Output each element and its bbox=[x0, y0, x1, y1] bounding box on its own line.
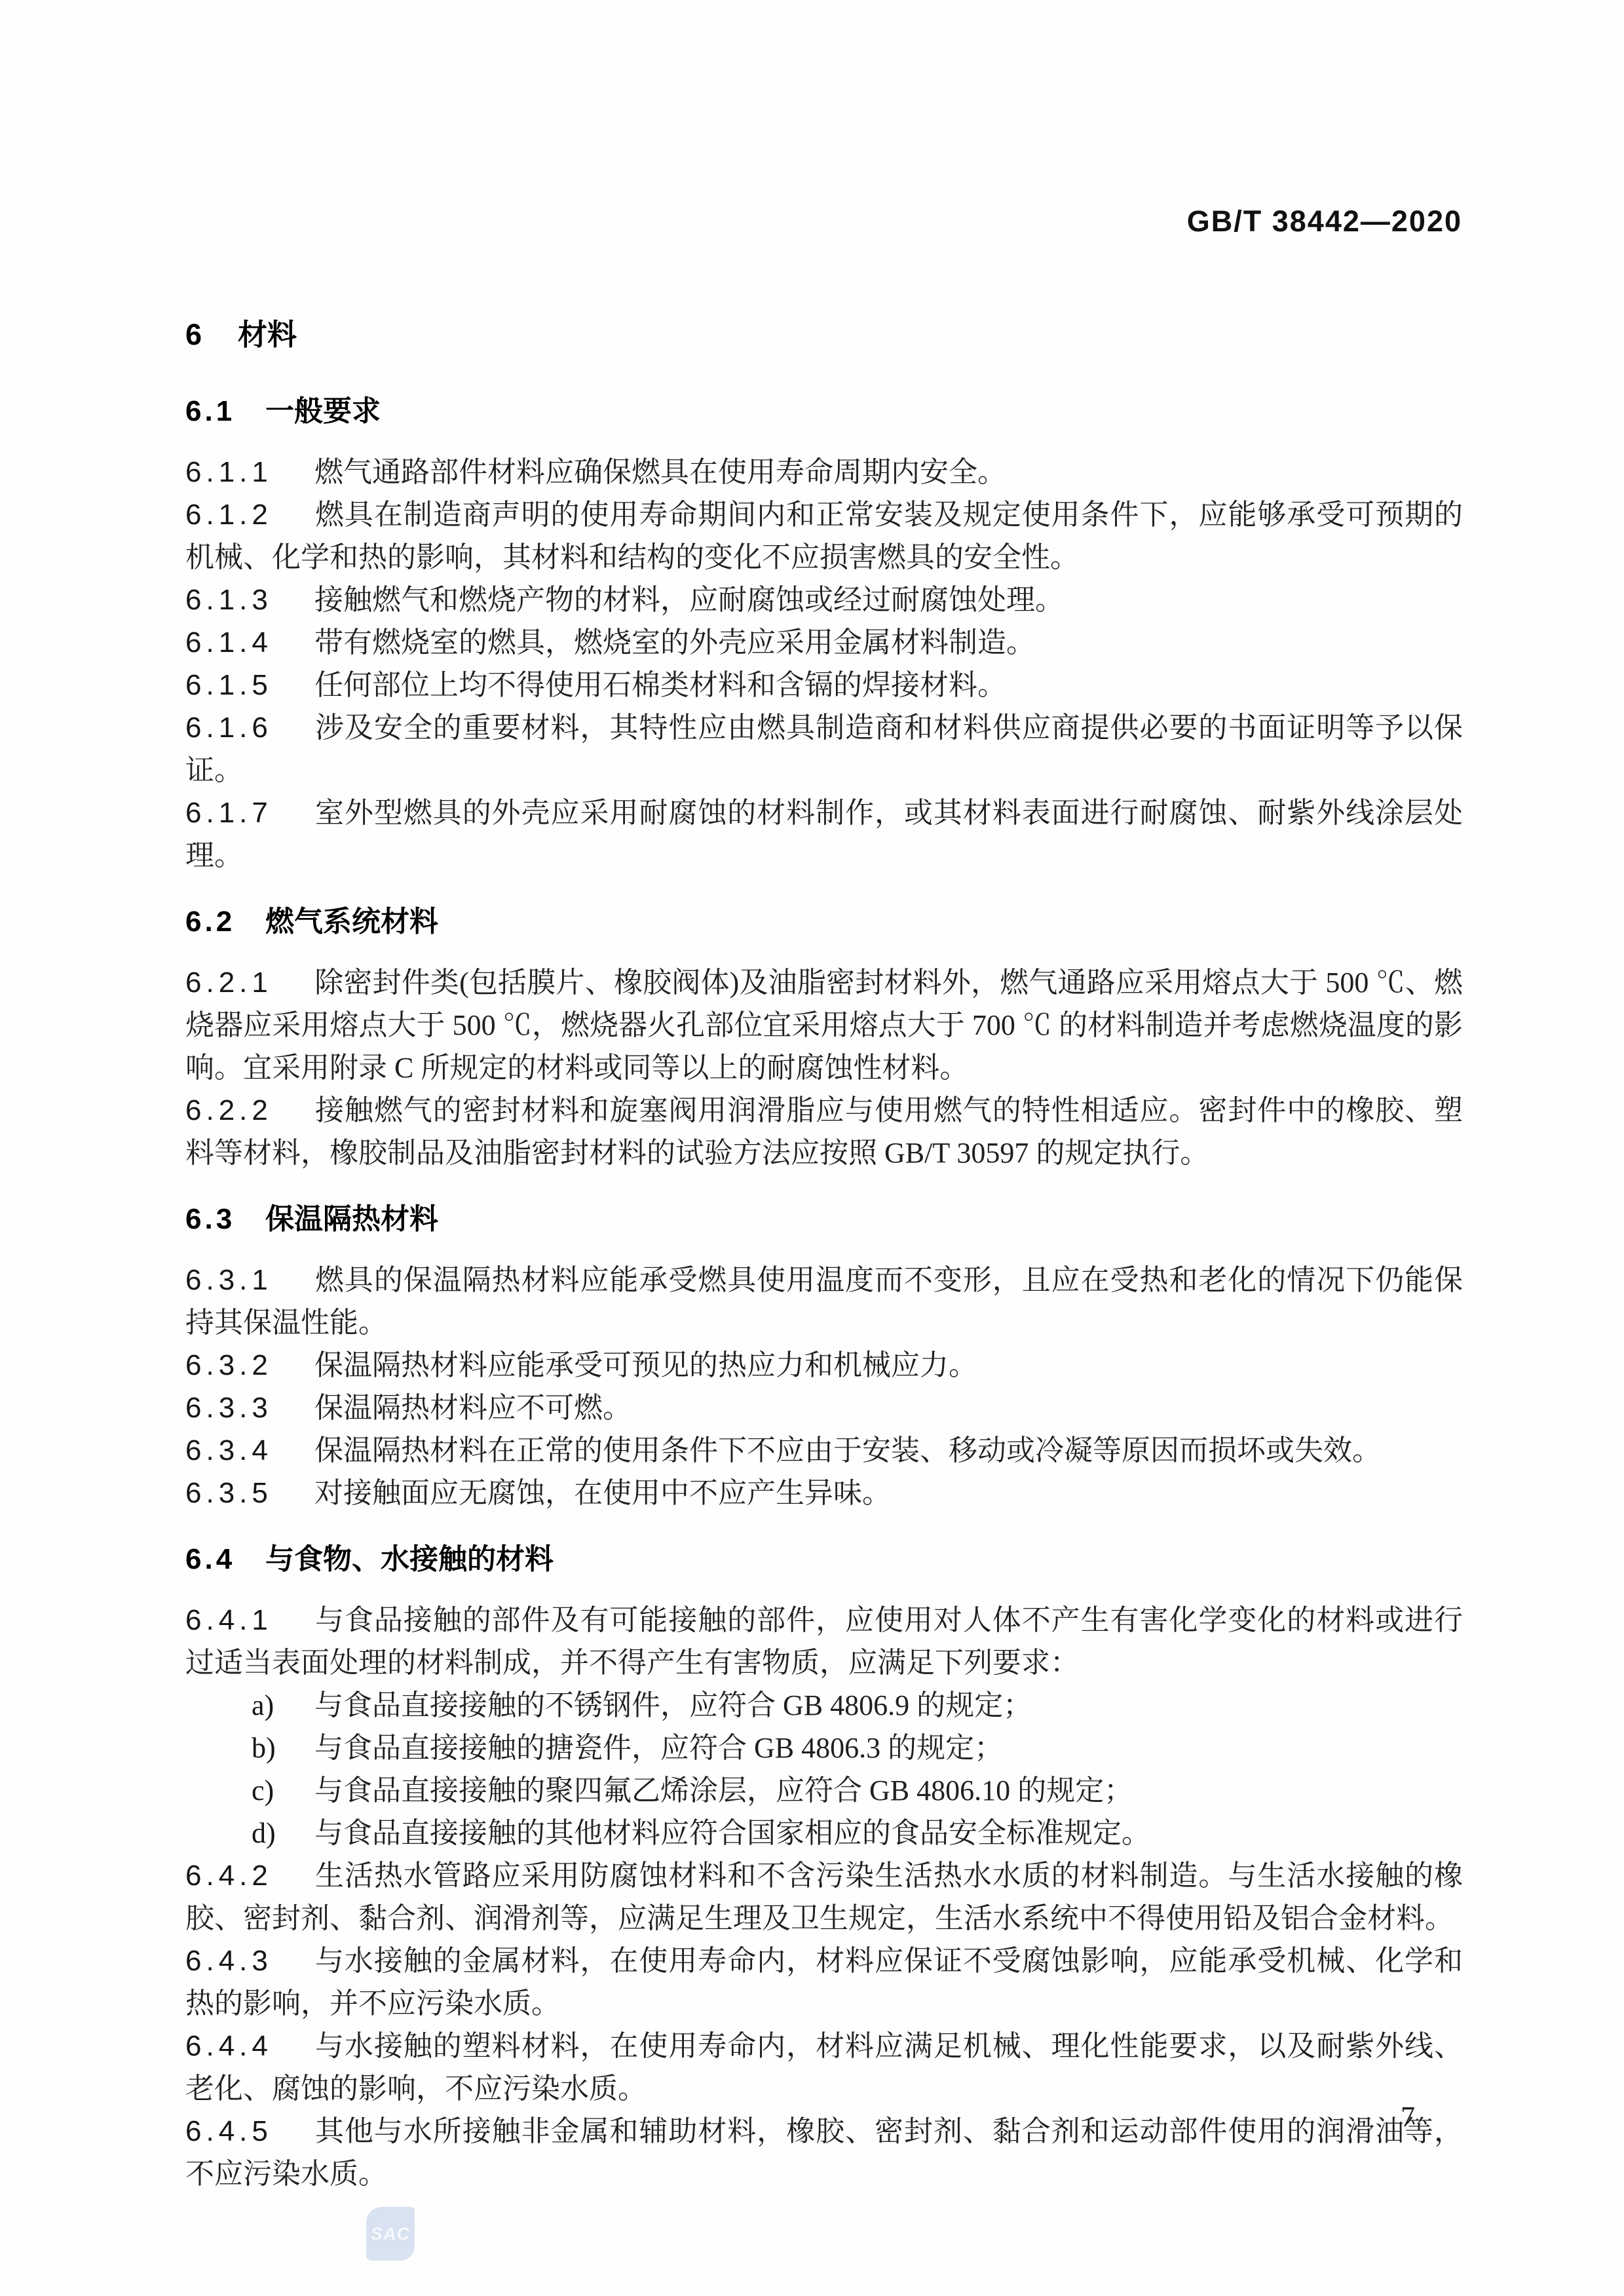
clause-number: 6.1.4 bbox=[185, 621, 314, 664]
clause-6-3-5: 6.3.5对接触面应无腐蚀，在使用中不应产生异味。 bbox=[185, 1472, 1463, 1514]
clause-text: 接触燃气和燃烧产物的材料，应耐腐蚀或经过耐腐蚀处理。 bbox=[314, 584, 1064, 616]
clause-number: 6.1.5 bbox=[185, 664, 314, 706]
clause-number: 6.4.4 bbox=[185, 2025, 314, 2067]
clause-text: 与水接触的金属材料，在使用寿命内，材料应保证不受腐蚀影响，应能承受机械、化学和热… bbox=[185, 1945, 1463, 2019]
clause-number: 6.2.2 bbox=[185, 1089, 314, 1132]
chapter-heading: 6材料 bbox=[185, 313, 1463, 356]
list-item-b: b)与食品直接接触的搪瓷件，应符合 GB 4806.3 的规定； bbox=[185, 1727, 1463, 1769]
clause-text: 生活热水管路应采用防腐蚀材料和不含污染生活热水水质的材料制造。与生活水接触的橡胶… bbox=[185, 1860, 1463, 1934]
clause-6-3-4: 6.3.4保温隔热材料在正常的使用条件下不应由于安装、移动或冷凝等原因而损坏或失… bbox=[185, 1429, 1463, 1472]
clause-6-1-5: 6.1.5任何部位上均不得使用石棉类材料和含镉的焊接材料。 bbox=[185, 664, 1463, 706]
clause-text: 燃具的保温隔热材料应能承受燃具使用温度而不变形，且应在受热和老化的情况下仍能保持… bbox=[185, 1264, 1463, 1339]
clause-number: 6.4.1 bbox=[185, 1599, 314, 1641]
clause-number: 6.1.1 bbox=[185, 451, 314, 493]
list-text: 与食品直接接触的搪瓷件，应符合 GB 4806.3 的规定； bbox=[314, 1732, 1003, 1764]
section-title: 保温隔热材料 bbox=[265, 1203, 438, 1235]
list-text: 与食品直接接触的其他材料应符合国家相应的食品安全标准规定。 bbox=[314, 1817, 1150, 1849]
clause-6-4-2: 6.4.2生活热水管路应采用防腐蚀材料和不含污染生活热水水质的材料制造。与生活水… bbox=[185, 1854, 1463, 1940]
clause-number: 6.1.2 bbox=[185, 493, 314, 536]
clause-6-3-1: 6.3.1燃具的保温隔热材料应能承受燃具使用温度而不变形，且应在受热和老化的情况… bbox=[185, 1259, 1463, 1344]
section-heading-6-2: 6.2燃气系统材料 bbox=[185, 900, 1463, 943]
clause-number: 6.1.3 bbox=[185, 579, 314, 621]
section-heading-6-1: 6.1一般要求 bbox=[185, 390, 1463, 432]
clause-6-2-1: 6.2.1除密封件类(包括膜片、橡胶阀体)及油脂密封材料外，燃气通路应采用熔点大… bbox=[185, 961, 1463, 1089]
clause-6-1-1: 6.1.1燃气通路部件材料应确保燃具在使用寿命周期内安全。 bbox=[185, 451, 1463, 493]
clause-text: 任何部位上均不得使用石棉类材料和含镉的焊接材料。 bbox=[314, 669, 1006, 701]
clause-number: 6.1.7 bbox=[185, 792, 314, 834]
clause-text: 接触燃气的密封材料和旋塞阀用润滑脂应与使用燃气的特性相适应。密封件中的橡胶、塑料… bbox=[185, 1094, 1463, 1169]
section-number: 6.2 bbox=[185, 900, 265, 943]
clause-6-4-3: 6.4.3与水接触的金属材料，在使用寿命内，材料应保证不受腐蚀影响，应能承受机械… bbox=[185, 1940, 1463, 2025]
clause-6-1-3: 6.1.3接触燃气和燃烧产物的材料，应耐腐蚀或经过耐腐蚀处理。 bbox=[185, 579, 1463, 621]
page-body: 6材料 6.1一般要求 6.1.1燃气通路部件材料应确保燃具在使用寿命周期内安全… bbox=[185, 313, 1463, 2195]
clause-text: 除密封件类(包括膜片、橡胶阀体)及油脂密封材料外，燃气通路应采用熔点大于 500… bbox=[185, 966, 1463, 1084]
clause-number: 6.4.2 bbox=[185, 1854, 314, 1897]
sac-logo-text: SAC bbox=[371, 2224, 410, 2244]
clause-6-1-6: 6.1.6涉及安全的重要材料，其特性应由燃具制造商和材料供应商提供必要的书面证明… bbox=[185, 706, 1463, 792]
section-number: 6.3 bbox=[185, 1198, 265, 1240]
clause-text: 燃具在制造商声明的使用寿命期间内和正常安装及规定使用条件下，应能够承受可预期的机… bbox=[185, 499, 1463, 573]
section-heading-6-3: 6.3保温隔热材料 bbox=[185, 1198, 1463, 1240]
clause-text: 保温隔热材料在正常的使用条件下不应由于安装、移动或冷凝等原因而损坏或失效。 bbox=[314, 1434, 1381, 1466]
clause-text: 与食品接触的部件及有可能接触的部件，应使用对人体不产生有害化学变化的材料或进行过… bbox=[185, 1604, 1463, 1679]
standard-code-header: GB/T 38442—2020 bbox=[1187, 204, 1462, 239]
section-title: 与食物、水接触的材料 bbox=[265, 1543, 554, 1575]
section-number: 6.1 bbox=[185, 390, 265, 432]
clause-6-1-4: 6.1.4带有燃烧室的燃具，燃烧室的外壳应采用金属材料制造。 bbox=[185, 621, 1463, 664]
document-page: GB/T 38442—2020 6材料 6.1一般要求 6.1.1燃气通路部件材… bbox=[0, 0, 1624, 2296]
clause-text: 室外型燃具的外壳应采用耐腐蚀的材料制作，或其材料表面进行耐腐蚀、耐紫外线涂层处理… bbox=[185, 797, 1463, 871]
section-number: 6.4 bbox=[185, 1538, 265, 1580]
list-item-c: c)与食品直接接触的聚四氟乙烯涂层，应符合 GB 4806.10 的规定； bbox=[185, 1769, 1463, 1812]
clause-number: 6.2.1 bbox=[185, 961, 314, 1004]
list-item-d: d)与食品直接接触的其他材料应符合国家相应的食品安全标准规定。 bbox=[185, 1812, 1463, 1854]
clause-text: 其他与水所接触非金属和辅助材料，橡胶、密封剂、黏合剂和运动部件使用的润滑油等，不… bbox=[185, 2115, 1463, 2190]
section-heading-6-4: 6.4与食物、水接触的材料 bbox=[185, 1538, 1463, 1580]
clause-number: 6.3.3 bbox=[185, 1387, 314, 1429]
clause-number: 6.4.5 bbox=[185, 2110, 314, 2152]
clause-text: 带有燃烧室的燃具，燃烧室的外壳应采用金属材料制造。 bbox=[314, 626, 1035, 659]
clause-text: 与水接触的塑料材料，在使用寿命内，材料应满足机械、理化性能要求，以及耐紫外线、老… bbox=[185, 2030, 1463, 2105]
clause-number: 6.3.4 bbox=[185, 1429, 314, 1472]
section-title: 燃气系统材料 bbox=[265, 906, 438, 938]
clause-number: 6.3.2 bbox=[185, 1344, 314, 1387]
list-marker: a) bbox=[252, 1684, 314, 1727]
list-marker: c) bbox=[252, 1769, 314, 1812]
clause-6-1-2: 6.1.2燃具在制造商声明的使用寿命期间内和正常安装及规定使用条件下，应能够承受… bbox=[185, 493, 1463, 579]
clause-text: 燃气通路部件材料应确保燃具在使用寿命周期内安全。 bbox=[314, 456, 1006, 488]
list-marker: d) bbox=[252, 1812, 314, 1854]
clause-6-4-1: 6.4.1与食品接触的部件及有可能接触的部件，应使用对人体不产生有害化学变化的材… bbox=[185, 1599, 1463, 1684]
clause-6-3-2: 6.3.2保温隔热材料应能承受可预见的热应力和机械应力。 bbox=[185, 1344, 1463, 1387]
clause-number: 6.1.6 bbox=[185, 706, 314, 749]
clause-number: 6.3.1 bbox=[185, 1259, 314, 1301]
clause-6-1-7: 6.1.7室外型燃具的外壳应采用耐腐蚀的材料制作，或其材料表面进行耐腐蚀、耐紫外… bbox=[185, 792, 1463, 877]
chapter-number: 6 bbox=[185, 313, 238, 356]
list-text: 与食品直接接触的聚四氟乙烯涂层，应符合 GB 4806.10 的规定； bbox=[314, 1774, 1133, 1807]
sac-logo-watermark-icon: SAC bbox=[366, 2207, 415, 2261]
clause-text: 保温隔热材料应能承受可预见的热应力和机械应力。 bbox=[314, 1349, 977, 1381]
clause-6-4-5: 6.4.5其他与水所接触非金属和辅助材料，橡胶、密封剂、黏合剂和运动部件使用的润… bbox=[185, 2110, 1463, 2195]
chapter-title: 材料 bbox=[238, 318, 297, 351]
list-marker: b) bbox=[252, 1727, 314, 1769]
clause-6-3-3: 6.3.3保温隔热材料应不可燃。 bbox=[185, 1387, 1463, 1429]
page-number: 7 bbox=[1401, 2100, 1415, 2133]
clause-6-2-2: 6.2.2接触燃气的密封材料和旋塞阀用润滑脂应与使用燃气的特性相适应。密封件中的… bbox=[185, 1089, 1463, 1174]
clause-text: 对接触面应无腐蚀，在使用中不应产生异味。 bbox=[314, 1477, 891, 1509]
clause-number: 6.4.3 bbox=[185, 1940, 314, 1982]
clause-6-4-4: 6.4.4与水接触的塑料材料，在使用寿命内，材料应满足机械、理化性能要求，以及耐… bbox=[185, 2025, 1463, 2110]
list-text: 与食品直接接触的不锈钢件，应符合 GB 4806.9 的规定； bbox=[314, 1689, 1032, 1721]
clause-text: 涉及安全的重要材料，其特性应由燃具制造商和材料供应商提供必要的书面证明等予以保证… bbox=[185, 712, 1463, 786]
list-item-a: a)与食品直接接触的不锈钢件，应符合 GB 4806.9 的规定； bbox=[185, 1684, 1463, 1727]
section-title: 一般要求 bbox=[265, 395, 381, 427]
clause-text: 保温隔热材料应不可燃。 bbox=[314, 1392, 632, 1424]
clause-number: 6.3.5 bbox=[185, 1472, 314, 1514]
